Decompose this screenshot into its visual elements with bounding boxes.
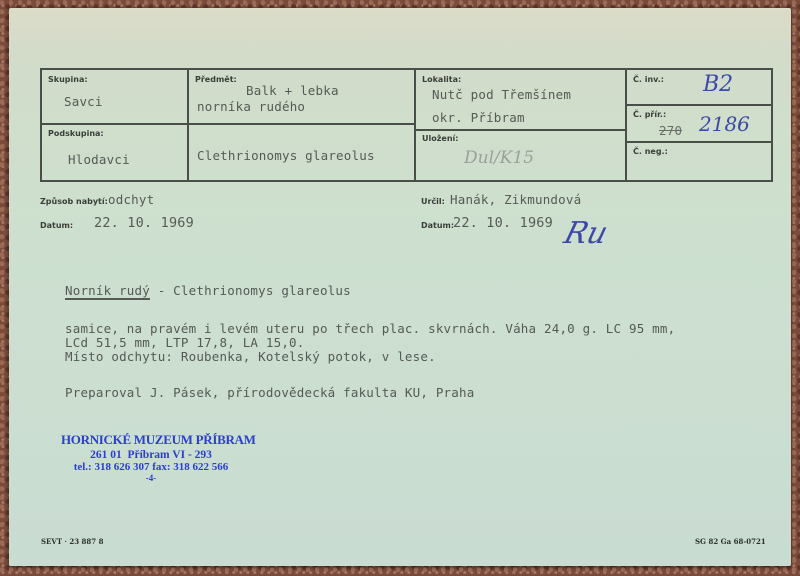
field-c-prir: Č. přír.: 270 2186 (627, 106, 773, 141)
description-line: LCd 51,5 mm, LTP 17,8, LA 15,0. (65, 335, 305, 350)
acquisition-date: 22. 10. 1969 (94, 215, 194, 231)
field-value: norníka rudého (197, 99, 305, 114)
determination-date-label: Datum: (421, 221, 454, 230)
field-label: Č. přír.: (633, 110, 666, 119)
footer-left-code: SEVT · 23 887 8 (41, 537, 103, 546)
field-lokalita: Lokalita: Nutč pod Třemšínem okr. Příbra… (416, 70, 625, 129)
determined-by-label: Určil: (421, 197, 445, 206)
field-value: Clethrionomys glareolus (197, 148, 375, 163)
field-predmet: Předmět: Balk + lebka norníka rudého (189, 70, 414, 123)
field-label: Podskupina: (48, 129, 104, 138)
field-label: Předmět: (195, 75, 237, 84)
description-line: samice, na pravém i levém uteru po třech… (65, 321, 675, 336)
scientific-name: - Clethrionomys glareolus (150, 283, 351, 298)
determination-date: 22. 10. 1969 (453, 215, 553, 231)
struck-value: 270 (659, 123, 682, 138)
stamp-line: -4- (61, 473, 241, 483)
field-label: Lokalita: (422, 75, 461, 84)
determined-by: Hanák, Zikmundová (450, 192, 581, 207)
museum-stamp: HORNICKÉ MUZEUM PŘÍBRAM 261 01 Příbram V… (61, 432, 241, 483)
field-value: Nutč pod Třemšínem (432, 87, 571, 102)
stamp-line: HORNICKÉ MUZEUM PŘÍBRAM (61, 432, 241, 448)
field-label: Č. inv.: (633, 75, 664, 84)
handwritten-value: B2 (703, 72, 733, 97)
field-species: Clethrionomys glareolus (189, 125, 414, 180)
field-label: Uložení: (422, 134, 458, 143)
footer-right-code: SG 82 Ga 68-0721 (695, 537, 766, 546)
acquisition-method-label: Způsob nabytí: (40, 197, 108, 206)
field-c-neg: Č. neg.: (627, 143, 773, 180)
field-value: Hlodavci (68, 152, 130, 167)
catalog-card: Skupina: Savci Předmět: Balk + lebka nor… (9, 8, 791, 566)
common-name: Norník rudý (65, 283, 150, 298)
description-line: Místo odchytu: Roubenka, Kotelský potok,… (65, 349, 436, 364)
pencil-value: Dul/K15 (464, 148, 534, 168)
handwritten-value: 2186 (699, 112, 750, 136)
field-value: okr. Příbram (432, 110, 525, 125)
stamp-line: 261 01 Příbram VI - 293 (61, 449, 241, 461)
acquisition-date-label: Datum: (40, 221, 73, 230)
preparator-line: Preparoval J. Pásek, přírodovědecká faku… (65, 385, 474, 400)
field-skupina: Skupina: Savci (42, 70, 187, 123)
stamp-line: tel.: 318 626 307 fax: 318 622 566 (61, 461, 241, 473)
signature: Ru (560, 216, 611, 251)
field-c-inv: Č. inv.: B2 (627, 70, 773, 104)
header-grid: Skupina: Savci Předmět: Balk + lebka nor… (40, 68, 773, 182)
field-ulozeni: Uložení: Dul/K15 (416, 131, 625, 180)
acquisition-method: odchyt (108, 192, 154, 207)
field-value: Balk + lebka (246, 83, 339, 98)
field-label: Skupina: (48, 75, 88, 84)
field-podskupina: Podskupina: Hlodavci (42, 125, 187, 180)
field-value: Savci (64, 94, 103, 109)
species-heading: Norník rudý - Clethrionomys glareolus (65, 280, 351, 299)
field-label: Č. neg.: (633, 147, 668, 156)
